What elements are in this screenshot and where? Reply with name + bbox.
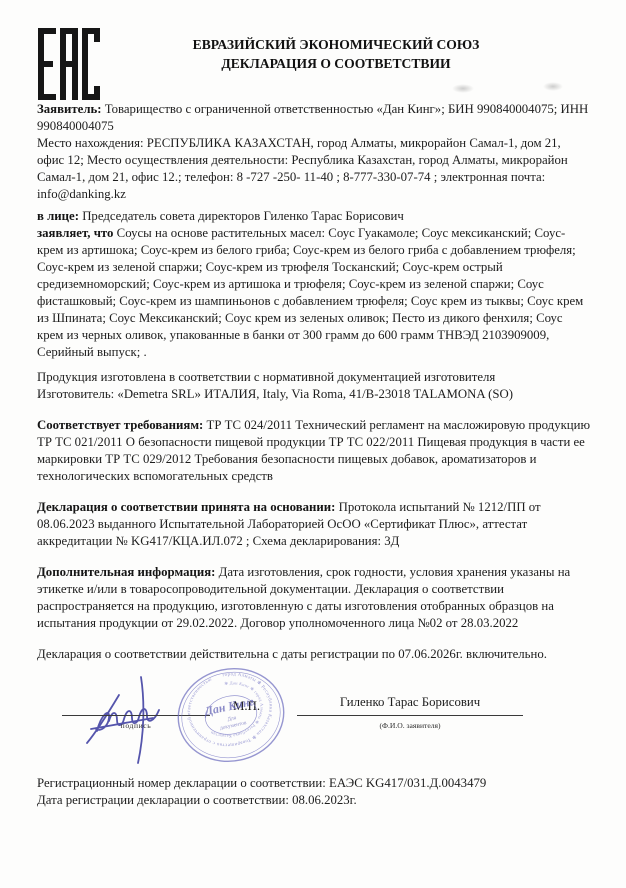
complies-paragraph: Соответствует требованиям: ТР ТС 024/201… — [37, 417, 591, 485]
validity-paragraph: Декларация о соответствии действительна … — [37, 646, 591, 663]
declares-paragraph: заявляет, что Соусы на основе растительн… — [37, 225, 591, 361]
in-person-label: в лице: — [37, 209, 79, 223]
basis-paragraph: Декларация о соответствии принята на осн… — [37, 499, 591, 550]
applicant-label: Заявитель: — [37, 102, 102, 116]
manufacturer-text: Изготовитель: «Demetra SRL» ИТАЛИЯ, Ital… — [37, 387, 513, 401]
made-note-text: Продукция изготовлена в соответствии с н… — [37, 370, 495, 384]
location-text: Место нахождения: РЕСПУБЛИКА КАЗАХСТАН, … — [37, 136, 568, 201]
document-title: ДЕКЛАРАЦИЯ О СООТВЕТСТВИИ — [100, 55, 572, 74]
declares-label: заявляет, что — [37, 226, 113, 240]
declarant-name: Гиленко Тарас Борисович — [297, 694, 523, 711]
additional-info-label: Дополнительная информация: — [37, 565, 215, 579]
manufacturer-paragraph: Изготовитель: «Demetra SRL» ИТАЛИЯ, Ital… — [37, 386, 591, 403]
stamp-small-line2: документов — [220, 720, 248, 732]
scan-smudge — [452, 84, 474, 93]
company-stamp: город Алматы ✻ Республика Казахстан ✻ То… — [175, 665, 287, 770]
declarant-name-line — [297, 715, 523, 716]
eac-mark-icon — [38, 28, 100, 105]
declarant-name-caption: (Ф.И.О. заявителя) — [297, 717, 523, 734]
applicant-text: Товарищество с ограниченной ответственно… — [37, 102, 588, 133]
document-body: Заявитель: Товарищество с ограниченной о… — [37, 101, 591, 809]
in-person-paragraph: в лице: Председатель совета директоров Г… — [37, 208, 591, 225]
signature-block: подпись М.П. город Алматы ✻ Республика К… — [37, 669, 591, 765]
complies-label: Соответствует требованиям: — [37, 418, 203, 432]
made-note-paragraph: Продукция изготовлена в соответствии с н… — [37, 369, 591, 386]
applicant-paragraph: Заявитель: Товарищество с ограниченной о… — [37, 101, 591, 135]
registration-block: Регистрационный номер декларации о соотв… — [37, 775, 591, 809]
registration-number-line: Регистрационный номер декларации о соотв… — [37, 775, 591, 792]
declares-text: Соусы на основе растительных масел: Соус… — [37, 226, 583, 359]
registration-date-line: Дата регистрации декларации о соответств… — [37, 792, 591, 809]
stamp-company-name: Дан Кинг — [202, 694, 255, 718]
declaration-document: ЕВРАЗИЙСКИЙ ЭКОНОМИЧЕСКИЙ СОЮЗ ДЕКЛАРАЦИ… — [0, 0, 626, 888]
union-name: ЕВРАЗИЙСКИЙ ЭКОНОМИЧЕСКИЙ СОЮЗ — [100, 36, 572, 55]
document-header: ЕВРАЗИЙСКИЙ ЭКОНОМИЧЕСКИЙ СОЮЗ ДЕКЛАРАЦИ… — [100, 36, 572, 73]
in-person-text: Председатель совета директоров Гиленко Т… — [82, 209, 404, 223]
location-paragraph: Место нахождения: РЕСПУБЛИКА КАЗАХСТАН, … — [37, 135, 591, 203]
additional-info-paragraph: Дополнительная информация: Дата изготовл… — [37, 564, 591, 632]
validity-text: Декларация о соответствии действительна … — [37, 647, 547, 661]
scan-smudge — [543, 82, 563, 91]
basis-label: Декларация о соответствии принята на осн… — [37, 500, 335, 514]
